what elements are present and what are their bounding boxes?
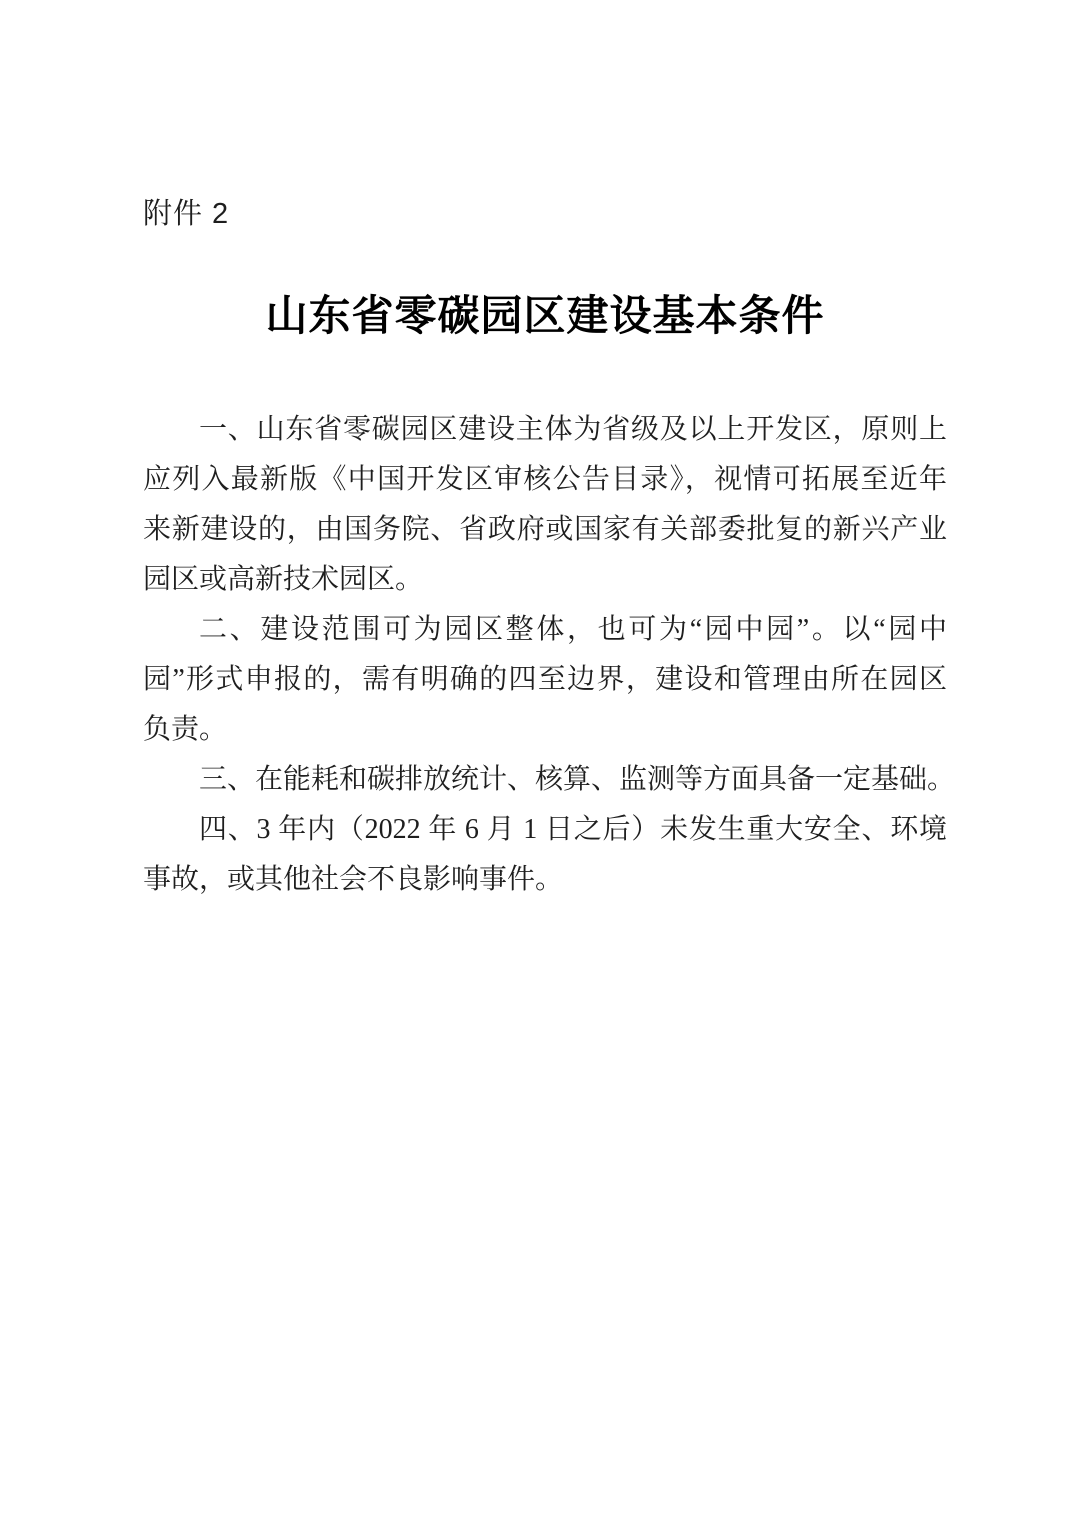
text-line: 一、山东省零碳园区建设主体为省级及以上开发区，原则上: [143, 405, 947, 455]
document-body: 一、山东省零碳园区建设主体为省级及以上开发区，原则上 应列入最新版《中国开发区审…: [143, 405, 947, 905]
text-line: 二、建设范围可为园区整体，也可为“园中园”。以“园中: [143, 605, 947, 655]
text-line: 事故，或其他社会不良影响事件。: [143, 855, 947, 905]
paragraph: 二、建设范围可为园区整体，也可为“园中园”。以“园中 园”形式申报的，需有明确的…: [143, 605, 947, 755]
document-title: 山东省零碳园区建设基本条件: [143, 290, 947, 344]
text-line: 来新建设的，由国务院、省政府或国家有关部委批复的新兴产业: [143, 505, 947, 555]
text-line: 应列入最新版《中国开发区审核公告目录》，视情可拓展至近年: [143, 455, 947, 505]
document-page: 附件 2 山东省零碳园区建设基本条件 一、山东省零碳园区建设主体为省级及以上开发…: [0, 0, 1080, 1527]
paragraph: 四、3 年内（2022 年 6 月 1 日之后）未发生重大安全、环境 事故，或其…: [143, 805, 947, 905]
text-line: 三、在能耗和碳排放统计、核算、监测等方面具备一定基础。: [143, 755, 947, 805]
attachment-label: 附件 2: [143, 196, 229, 232]
paragraph: 三、在能耗和碳排放统计、核算、监测等方面具备一定基础。: [143, 755, 947, 805]
text-line: 园”形式申报的，需有明确的四至边界，建设和管理由所在园区: [143, 655, 947, 705]
text-line: 园区或高新技术园区。: [143, 555, 947, 605]
text-line: 负责。: [143, 705, 947, 755]
text-line: 四、3 年内（2022 年 6 月 1 日之后）未发生重大安全、环境: [143, 805, 947, 855]
paragraph: 一、山东省零碳园区建设主体为省级及以上开发区，原则上 应列入最新版《中国开发区审…: [143, 405, 947, 605]
